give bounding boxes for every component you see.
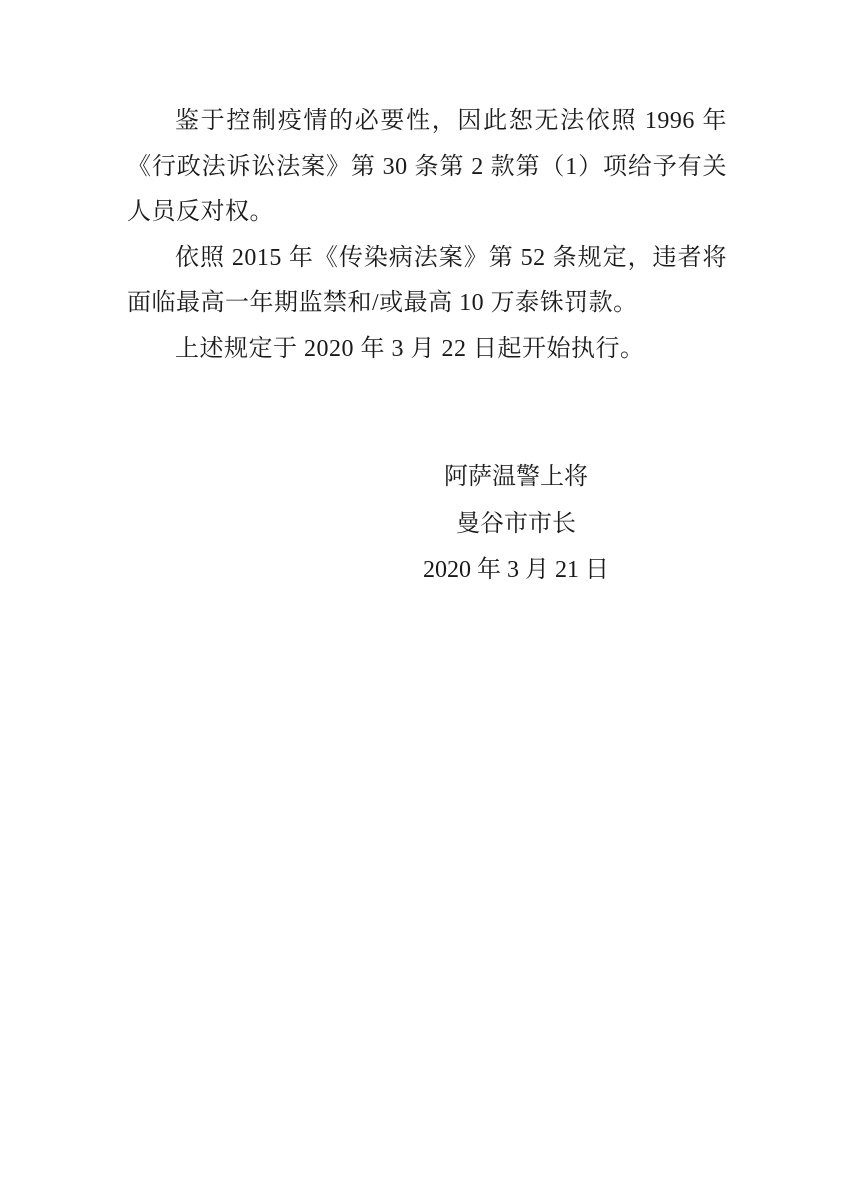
signature-block: 阿萨温警上将 曼谷市市长 2020 年 3 月 21 日 xyxy=(366,454,666,594)
body-paragraph: 鉴于控制疫情的必要性，因此恕无法依照 1996 年《行政法诉讼法案》第 30 条… xyxy=(127,99,727,236)
signer-title: 曼谷市市长 xyxy=(366,501,666,548)
signature-date: 2020 年 3 月 21 日 xyxy=(366,547,666,594)
body-paragraph: 上述规定于 2020 年 3 月 22 日起开始执行。 xyxy=(127,327,727,373)
document-body: 鉴于控制疫情的必要性，因此恕无法依照 1996 年《行政法诉讼法案》第 30 条… xyxy=(127,99,727,372)
body-paragraph: 依照 2015 年《传染病法案》第 52 条规定，违者将面临最高一年期监禁和/或… xyxy=(127,236,727,327)
document-page: 鉴于控制疫情的必要性，因此恕无法依照 1996 年《行政法诉讼法案》第 30 条… xyxy=(0,0,849,1200)
signer-name: 阿萨温警上将 xyxy=(366,454,666,501)
